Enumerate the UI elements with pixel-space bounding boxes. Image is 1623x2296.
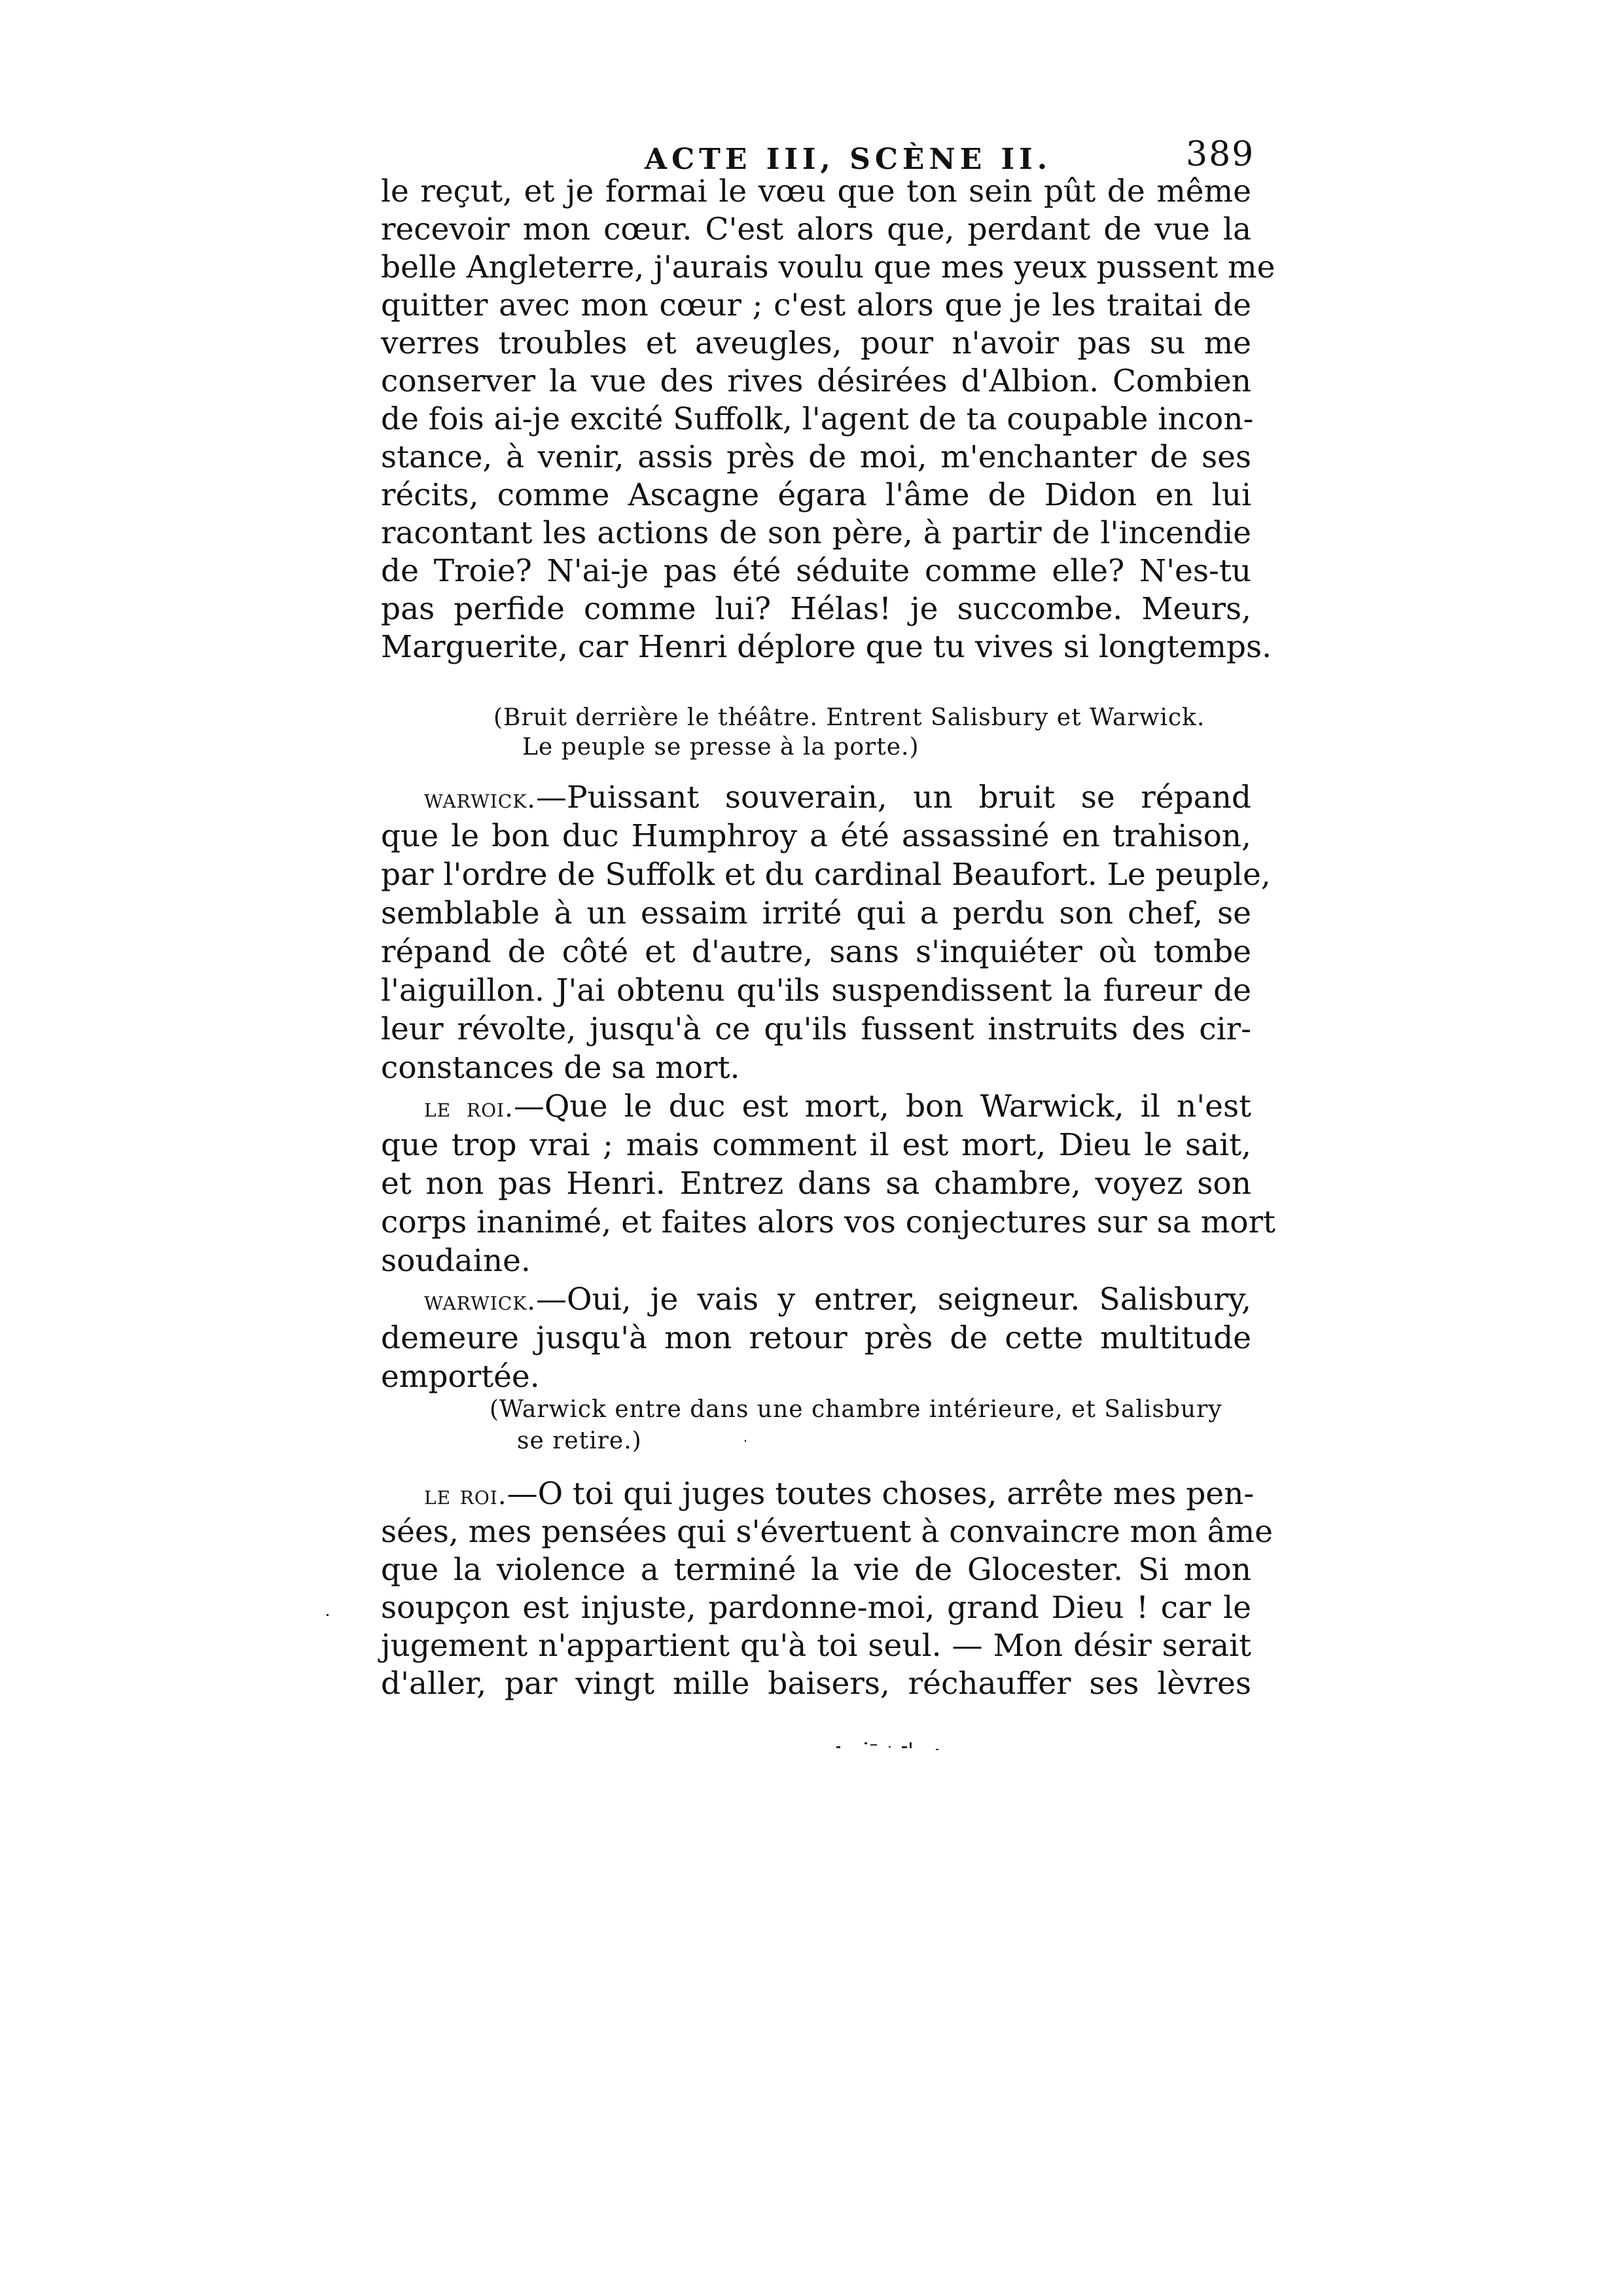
- text-line: jugement n'appartient qu'à toi seul. — M…: [381, 1627, 1251, 1665]
- scan-speck: [889, 1746, 891, 1748]
- text-line: quitter avec mon cœur ; c'est alors que …: [381, 287, 1251, 325]
- text-line: stance, à venir, assis près de moi, m'en…: [381, 439, 1251, 476]
- text-line: recevoir mon cœur. C'est alors que, perd…: [381, 211, 1251, 249]
- speech-first-line: le roi.—Que le duc est mort, bon Warwick…: [424, 1088, 1251, 1126]
- speech-first-line: warwick.—Oui, je vais y entrer, seigneur…: [424, 1281, 1251, 1319]
- speech-text: —Que le duc est mort, bon Warwick, il n'…: [514, 1088, 1251, 1124]
- text-line: pas perfide comme lui? Hélas! je succomb…: [381, 590, 1251, 628]
- scan-speck: [327, 1614, 329, 1616]
- text-line: emportée.: [381, 1358, 1251, 1396]
- text-line: d'aller, par vingt mille baisers, réchau…: [381, 1665, 1251, 1703]
- text-line: soudaine.: [381, 1242, 1251, 1280]
- text-line: l'aiguillon. J'ai obtenu qu'ils suspendi…: [381, 972, 1251, 1010]
- text-line: que la violence a terminé la vie de Gloc…: [381, 1551, 1251, 1589]
- scan-speck: [910, 1742, 912, 1748]
- stage-direction-line: se retire.): [517, 1427, 642, 1456]
- text-line: de fois ai-je excité Suffolk, l'agent de…: [381, 401, 1251, 439]
- text-line: verres troubles et aveugles, pour n'avoi…: [381, 325, 1251, 363]
- running-header: ACTE III, SCÈNE II.: [645, 143, 1052, 176]
- scan-speck: [870, 1744, 877, 1746]
- text-line: par l'ordre de Suffolk et du cardinal Be…: [381, 856, 1251, 894]
- scan-speck: [865, 1742, 867, 1744]
- text-line: corps inanimé, et faites alors vos conje…: [381, 1204, 1251, 1242]
- text-line: constances de sa mort.: [381, 1049, 1251, 1087]
- text-line: le reçut, et je formai le vœu que ton se…: [381, 173, 1251, 211]
- text-line: semblable à un essaim irrité qui a perdu…: [381, 895, 1251, 933]
- book-page: ACTE III, SCÈNE II. 389 le reçut, et je …: [0, 0, 1623, 2296]
- text-line: que trop vrai ; mais comment il est mort…: [381, 1126, 1251, 1164]
- speech-text: —Puissant souverain, un bruit se répand: [536, 780, 1251, 816]
- page-number: 389: [1186, 135, 1255, 174]
- scan-speck: [902, 1746, 907, 1748]
- text-line: soupçon est injuste, pardonne-moi, grand…: [381, 1589, 1251, 1627]
- text-line: racontant les actions de son père, à par…: [381, 514, 1251, 552]
- text-line: que le bon duc Humphroy a été assassiné …: [381, 817, 1251, 855]
- text-line: demeure jusqu'à mon retour près de cette…: [381, 1319, 1251, 1357]
- text-line: répand de côté et d'autre, sans s'inquié…: [381, 933, 1251, 971]
- stage-direction-line: (Warwick entre dans une chambre intérieu…: [490, 1395, 1222, 1424]
- speech-first-line: warwick.—Puissant souverain, un bruit se…: [424, 779, 1251, 817]
- text-line: belle Angleterre, j'aurais voulu que mes…: [381, 249, 1251, 287]
- text-line: de Troie? N'ai-je pas été séduite comme …: [381, 552, 1251, 590]
- text-line: sées, mes pensées qui s'évertuent à conv…: [381, 1513, 1251, 1551]
- speaker-name: warwick.: [424, 1286, 536, 1316]
- stage-direction-line: (Bruit derrière le théâtre. Entrent Sali…: [493, 704, 1205, 732]
- text-line: et non pas Henri. Entrez dans sa chambre…: [381, 1165, 1251, 1203]
- speech-first-line: le roi.—O toi qui juges toutes choses, a…: [424, 1475, 1251, 1513]
- speaker-name: warwick.: [424, 784, 536, 814]
- scan-speck: [836, 1746, 840, 1748]
- scan-speck: [745, 1440, 746, 1442]
- text-line: leur révolte, jusqu'à ce qu'ils fussent …: [381, 1011, 1251, 1049]
- speech-text: —O toi qui juges toutes choses, arrête m…: [507, 1476, 1255, 1512]
- speaker-name: le roi.: [424, 1093, 514, 1123]
- stage-direction-line: Le peuple se presse à la porte.): [522, 733, 919, 762]
- text-line: conserver la vue des rives désirées d'Al…: [381, 363, 1251, 401]
- text-line: récits, comme Ascagne égara l'âme de Did…: [381, 476, 1251, 514]
- speech-text: —Oui, je vais y entrer, seigneur. Salisb…: [536, 1282, 1251, 1318]
- scan-speck: [936, 1749, 938, 1750]
- speaker-name: le roi.: [424, 1480, 507, 1511]
- text-line: Marguerite, car Henri déplore que tu viv…: [381, 628, 1251, 666]
